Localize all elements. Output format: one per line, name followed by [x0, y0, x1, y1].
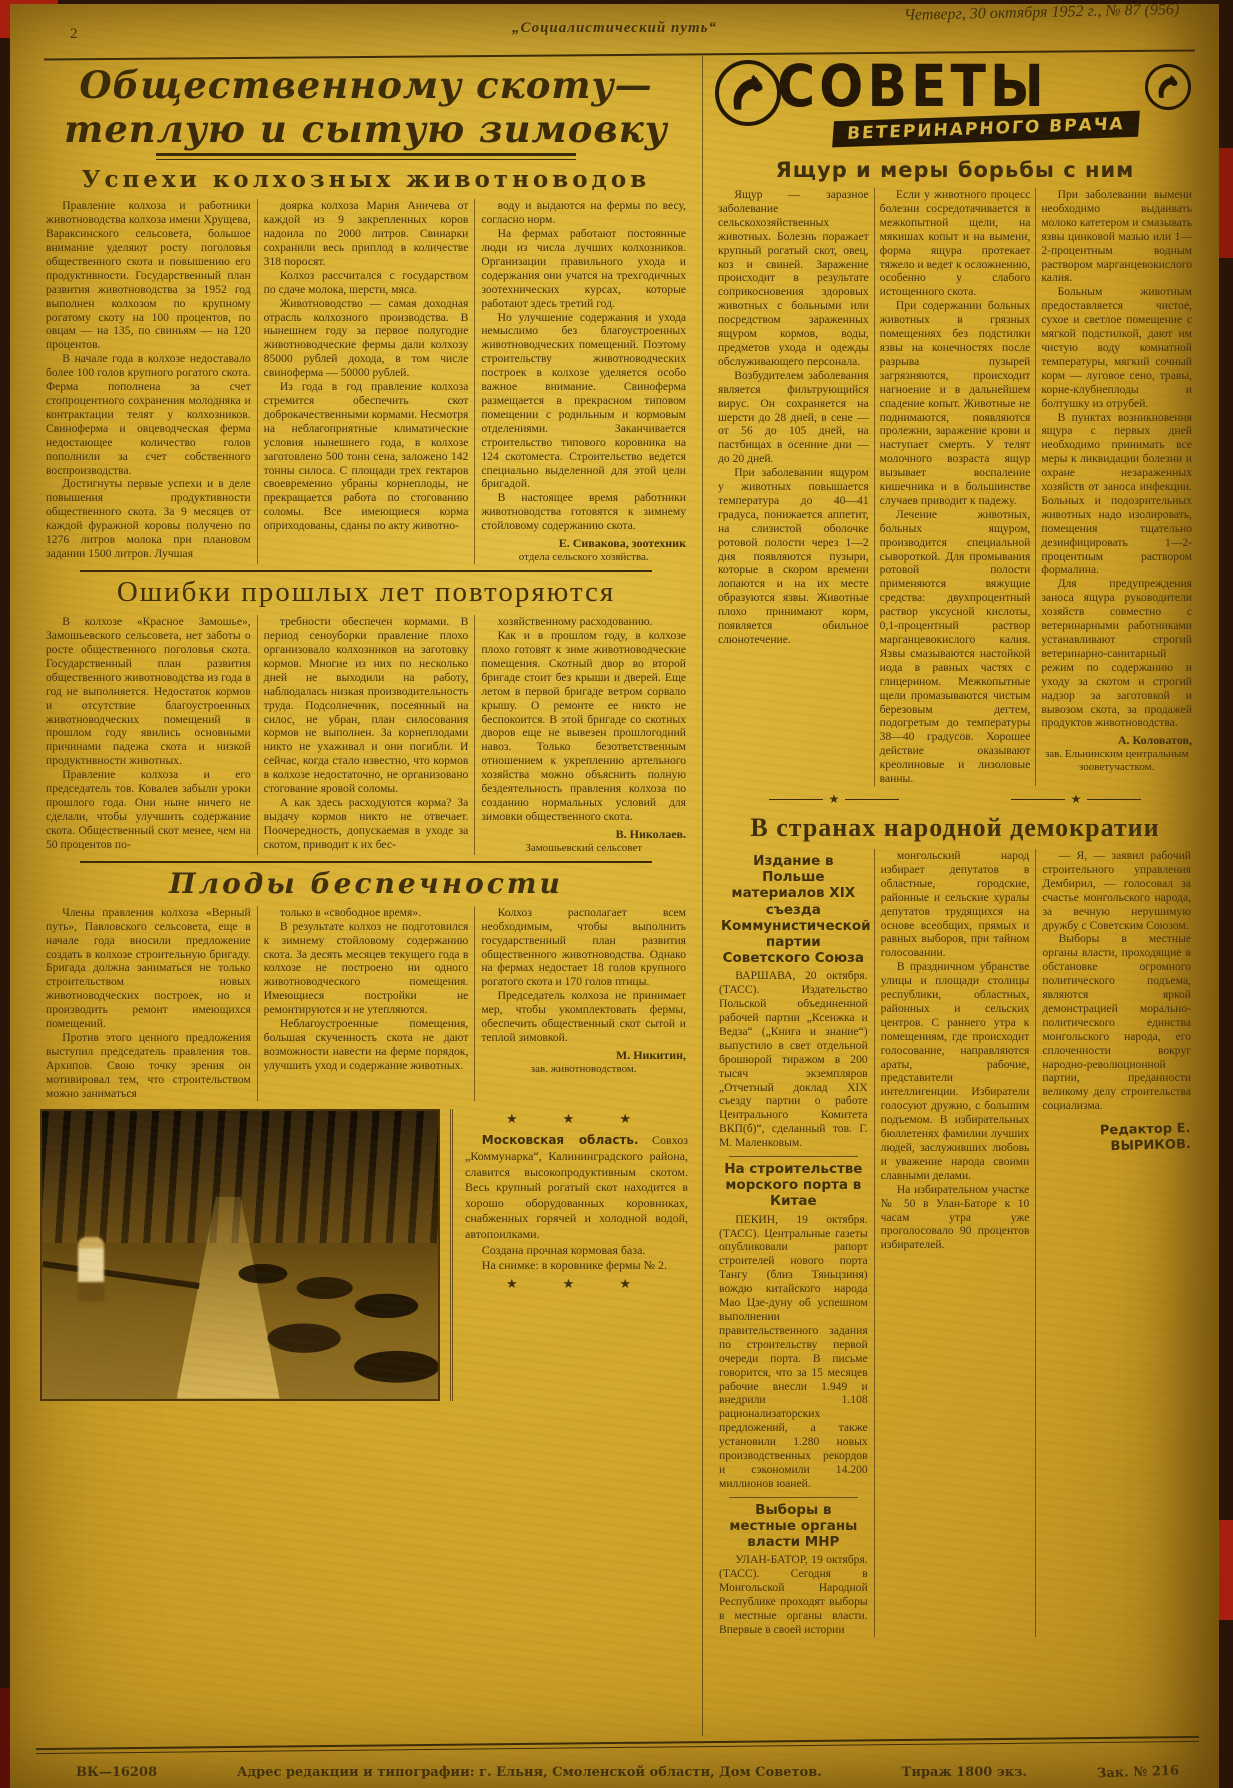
signature-name: М. Никитин, [616, 1048, 686, 1062]
mnr-article-title: Выборы в местные органы власти МНР [721, 1502, 866, 1551]
oshibki-col-3-text: хозяйственному расходованию.Как и в прош… [481, 615, 686, 824]
lead-headline-line2: теплую и сытую зимовку [40, 108, 692, 152]
plody-col-1: Члены правления колхоза «Верный путь», П… [40, 906, 257, 1101]
paragraph: доярка колхоза Мария Аничева от каждой и… [264, 199, 469, 269]
star-icon: ★ [829, 792, 840, 807]
poland-article-title: Издание в Польше материалов XIX съезда К… [721, 853, 866, 966]
horse-head-emblem-right [1145, 64, 1191, 110]
china-article-title: На строительстве морского порта в Китае [721, 1161, 866, 1210]
lead-headline-line1: Общественному скоту— [79, 63, 652, 107]
paragraph: Как и в прошлом году, в колхозе плохо го… [481, 629, 686, 824]
oshibki-signature: В. Николаев.Замошьевский сельсовет [481, 827, 686, 855]
democracy-col-3-text: — Я, — заявил рабочий строительного упра… [1042, 849, 1191, 1113]
democracy-section-title: В странах народной демократии [713, 813, 1197, 843]
yashchur-col-2: Если у животного процесс болезни сосредо… [874, 188, 1036, 786]
paragraph: На фермах работают постоянные люди из чи… [481, 227, 686, 310]
paragraph: При заболевании ящуром у животных повыша… [718, 466, 869, 647]
paragraph: Но улучшение содержания и ухода немыслим… [481, 311, 686, 492]
plody-col-3-text: Колхоз располагает всем необходимым, что… [481, 906, 686, 1045]
photo-stall-rail [42, 1261, 200, 1289]
photo-cattle-rows [232, 1220, 438, 1399]
paragraph: Выборы в местные органы власти, проходящ… [1042, 932, 1191, 1113]
paragraph: В результате колхоз не подготовился к зи… [264, 920, 469, 1017]
red-backing-right [1217, 148, 1233, 258]
caption-note: На снимке: в коровнике фермы № 2. [465, 1258, 688, 1274]
caption-paragraph: Создана прочная кормовая база. [465, 1243, 688, 1259]
sub-article-rule [729, 1497, 858, 1498]
paragraph: Больным животным предоставляется чистое,… [1041, 285, 1192, 410]
article-uspekhi: Правление колхоза и работники животновод… [40, 199, 692, 564]
paragraph: Правление колхоза и его председатель тов… [46, 768, 251, 851]
paragraph: Если у животного процесс болезни сосредо… [880, 188, 1031, 299]
paragraph: Колхоз рассчитался с государством по сда… [264, 269, 469, 297]
signature-name: В. Николаев. [616, 827, 686, 841]
caption-paragraph: Московская область. Совхоз „Коммунарка“,… [465, 1133, 688, 1242]
sub-article-rule [729, 1156, 858, 1157]
signature-role: зав. Ельнинским центральным зооветучастк… [1041, 748, 1192, 774]
democracy-col-2: монгольский народ избирает депутатов в о… [874, 849, 1036, 1637]
paragraph: Из года в год правление колхоза стремитс… [264, 380, 469, 533]
newspaper-title: „Социалистический путь“ [10, 20, 1219, 37]
paragraph: В начале года в колхозе недоставало боле… [46, 352, 251, 477]
caption-text: Совхоз „Коммунарка“, Калининградского ра… [465, 1133, 688, 1241]
paragraph: Против этого ценного предложения выступи… [46, 1031, 251, 1101]
signature-name: Е. Сивакова, зоотехник [559, 536, 686, 550]
headline-rule [156, 153, 576, 160]
right-section: СОВЕТЫ ВЕТЕРИНАРНОГО ВРАЧА Ящур и меры б… [703, 56, 1197, 1736]
footer-imprint: ВК—16208 [76, 1765, 157, 1780]
paragraph: Лечение животных, больных ящуром, произв… [880, 508, 1031, 786]
caption-location: Московская область. [482, 1133, 639, 1147]
photo-dairy-worker [78, 1237, 104, 1301]
oshibki-col-3: хозяйственному расходованию.Как и в прош… [474, 615, 692, 855]
paragraph: Председатель колхоза не принимает мер, ч… [481, 989, 686, 1045]
paragraph: Колхоз располагает всем необходимым, что… [481, 906, 686, 989]
uspekhi-col-2: доярка колхоза Мария Аничева от каждой и… [257, 199, 475, 564]
star-divider: ★ ★ [713, 792, 1197, 807]
paragraph: При содержании больных животных в грязны… [880, 299, 1031, 508]
newspaper-page: 2 „Социалистический путь“ Четверг, 30 ок… [10, 4, 1219, 1788]
newspaper-scan: 2 „Социалистический путь“ Четверг, 30 ок… [0, 0, 1233, 1788]
paragraph: На избирательном участке № 50 в Улан-Бат… [881, 1183, 1030, 1253]
photo-row: ★ ★ ★ Московская область. Совхоз „Коммун… [40, 1109, 692, 1401]
stars-decoration: ★ ★ ★ [465, 1111, 688, 1128]
editor-line: Редактор Е. ВЫРИКОВ. [1042, 1121, 1191, 1156]
footer-address: Адрес редакции и типографии: г. Ельня, С… [157, 1765, 902, 1780]
poland-article-body: ВАРШАВА, 20 октября. (ТАСС). Издательств… [719, 969, 868, 1150]
paragraph: В колхозе «Красное Замошье», Замошьевско… [46, 615, 251, 768]
signature-role: зав. животноводством. [481, 1063, 686, 1076]
lead-headline: Общественному скоту—теплую и сытую зимов… [40, 64, 692, 151]
democracy-col-1: Издание в Польше материалов XIX съезда К… [713, 849, 874, 1637]
stars-decoration: ★ ★ ★ [465, 1276, 688, 1293]
paragraph: Неблагоустроенные помещения, большая ску… [264, 1017, 469, 1073]
footer-order-number: Зак. № 216 [1097, 1764, 1180, 1782]
oshibki-col-2: требности обеспечен кормами. В период се… [257, 615, 475, 855]
yashchur-col-3-text: При заболевании вымени необходимо выдаив… [1041, 188, 1192, 730]
plody-col-2: только в «свободное время».В результате … [257, 906, 475, 1101]
uspekhi-col-3: воду и выдаются на фермы по весу, соглас… [474, 199, 692, 564]
mnr-article-body: УЛАН-БАТОР, 19 октября. (ТАСС). Сегодня … [719, 1553, 868, 1636]
horse-head-icon [1155, 74, 1181, 100]
article-oshibki-title: Ошибки прошлых лет повторяются [40, 576, 692, 609]
star-divider-segment: ★ [1011, 792, 1142, 807]
signature-name: А. Коловатов, [1118, 733, 1192, 747]
footer-rule [36, 1736, 1199, 1754]
paragraph: Возбудителем заболевания является фильтр… [718, 369, 869, 466]
signature-role: отдела сельского хозяйства. [481, 551, 686, 564]
democracy-section: Издание в Польше материалов XIX съезда К… [713, 849, 1197, 1637]
footer-circulation: Тираж 1800 экз. [902, 1765, 1027, 1780]
uspekhi-col-1: Правление колхоза и работники животновод… [40, 199, 257, 564]
footer: ВК—16208 Адрес редакции и типографии: г.… [36, 1765, 1199, 1780]
paragraph: требности обеспечен кормами. В период се… [264, 615, 469, 796]
china-article-body: ПЕКИН, 19 октября. (ТАСС). Центральные г… [719, 1213, 868, 1491]
paragraph: В праздничном убранстве улицы и площади … [881, 960, 1030, 1183]
paragraph: При заболевании вымени необходимо выдаив… [1041, 188, 1192, 285]
page-content: Общественному скоту—теплую и сытую зимов… [40, 56, 1197, 1736]
paragraph: А как здесь расходуются корма? За выдачу… [264, 796, 469, 852]
paragraph: только в «свободное время». [264, 906, 469, 920]
vet-logo-word: СОВЕТЫ [777, 58, 1197, 116]
uspekhi-col-3-text: воду и выдаются на фермы по весу, соглас… [481, 199, 686, 533]
article-divider-rule [80, 570, 652, 572]
signature-role: Замошьевский сельсовет [481, 842, 686, 855]
star-divider-segment: ★ [769, 792, 900, 807]
paragraph: хозяйственному расходованию. [481, 615, 686, 629]
uspekhi-signature: Е. Сивакова, зоотехникотдела сельского х… [481, 536, 686, 564]
paragraph: монгольский народ избирает депутатов в о… [881, 849, 1030, 960]
paragraph: В настоящее время работники животноводст… [481, 491, 686, 533]
paragraph: — Я, — заявил рабочий строительного упра… [1042, 849, 1191, 932]
democracy-col-3: — Я, — заявил рабочий строительного упра… [1035, 849, 1197, 1637]
yashchur-col-3: При заболевании вымени необходимо выдаив… [1035, 188, 1197, 786]
photo-caption: ★ ★ ★ Московская область. Совхоз „Коммун… [450, 1109, 692, 1401]
paragraph: Правление колхоза и работники животновод… [46, 199, 251, 352]
plody-col-3: Колхоз располагает всем необходимым, что… [474, 906, 692, 1101]
paragraph: воду и выдаются на фермы по весу, соглас… [481, 199, 686, 227]
horseshoe-emblem [715, 60, 781, 126]
horse-head-icon [728, 73, 768, 113]
paragraph: Для предупреждения заноса ящура руководи… [1041, 577, 1192, 730]
barn-photo [40, 1109, 440, 1401]
oshibki-col-1: В колхозе «Красное Замошье», Замошьевско… [40, 615, 257, 855]
vet-advice-logo: СОВЕТЫ ВЕТЕРИНАРНОГО ВРАЧА [713, 58, 1197, 154]
article-oshibki: В колхозе «Красное Замошье», Замошьевско… [40, 615, 692, 855]
left-section: Общественному скоту—теплую и сытую зимов… [40, 56, 702, 1736]
article-yashchur: Ящур — заразное заболевание сельскохозяй… [713, 188, 1197, 786]
paragraph: Члены правления колхоза «Верный путь», П… [46, 906, 251, 1031]
yashchur-col-1: Ящур — заразное заболевание сельскохозяй… [713, 188, 874, 786]
article-divider-rule [80, 861, 652, 863]
paragraph: В пунктах возникновения ящура с первых д… [1041, 411, 1192, 578]
paragraph: Животноводство — самая доходная отрасль … [264, 297, 469, 380]
yashchur-signature: А. Коловатов,зав. Ельнинским центральным… [1041, 733, 1192, 774]
article-uspekhi-title: Успехи колхозных животноводов [40, 166, 692, 193]
star-icon: ★ [1071, 792, 1082, 807]
paragraph: Достигнуты первые успехи и в деле повыше… [46, 477, 251, 560]
article-plody-title: Плоды беспечности [40, 867, 692, 900]
article-plody: Члены правления колхоза «Верный путь», П… [40, 906, 692, 1101]
masthead: 2 „Социалистический путь“ Четверг, 30 ок… [10, 4, 1219, 54]
plody-signature: М. Никитин,зав. животноводством. [481, 1048, 686, 1076]
paragraph: Ящур — заразное заболевание сельскохозяй… [718, 188, 869, 369]
article-yashchur-title: Ящур и меры борьбы с ним [713, 158, 1197, 182]
